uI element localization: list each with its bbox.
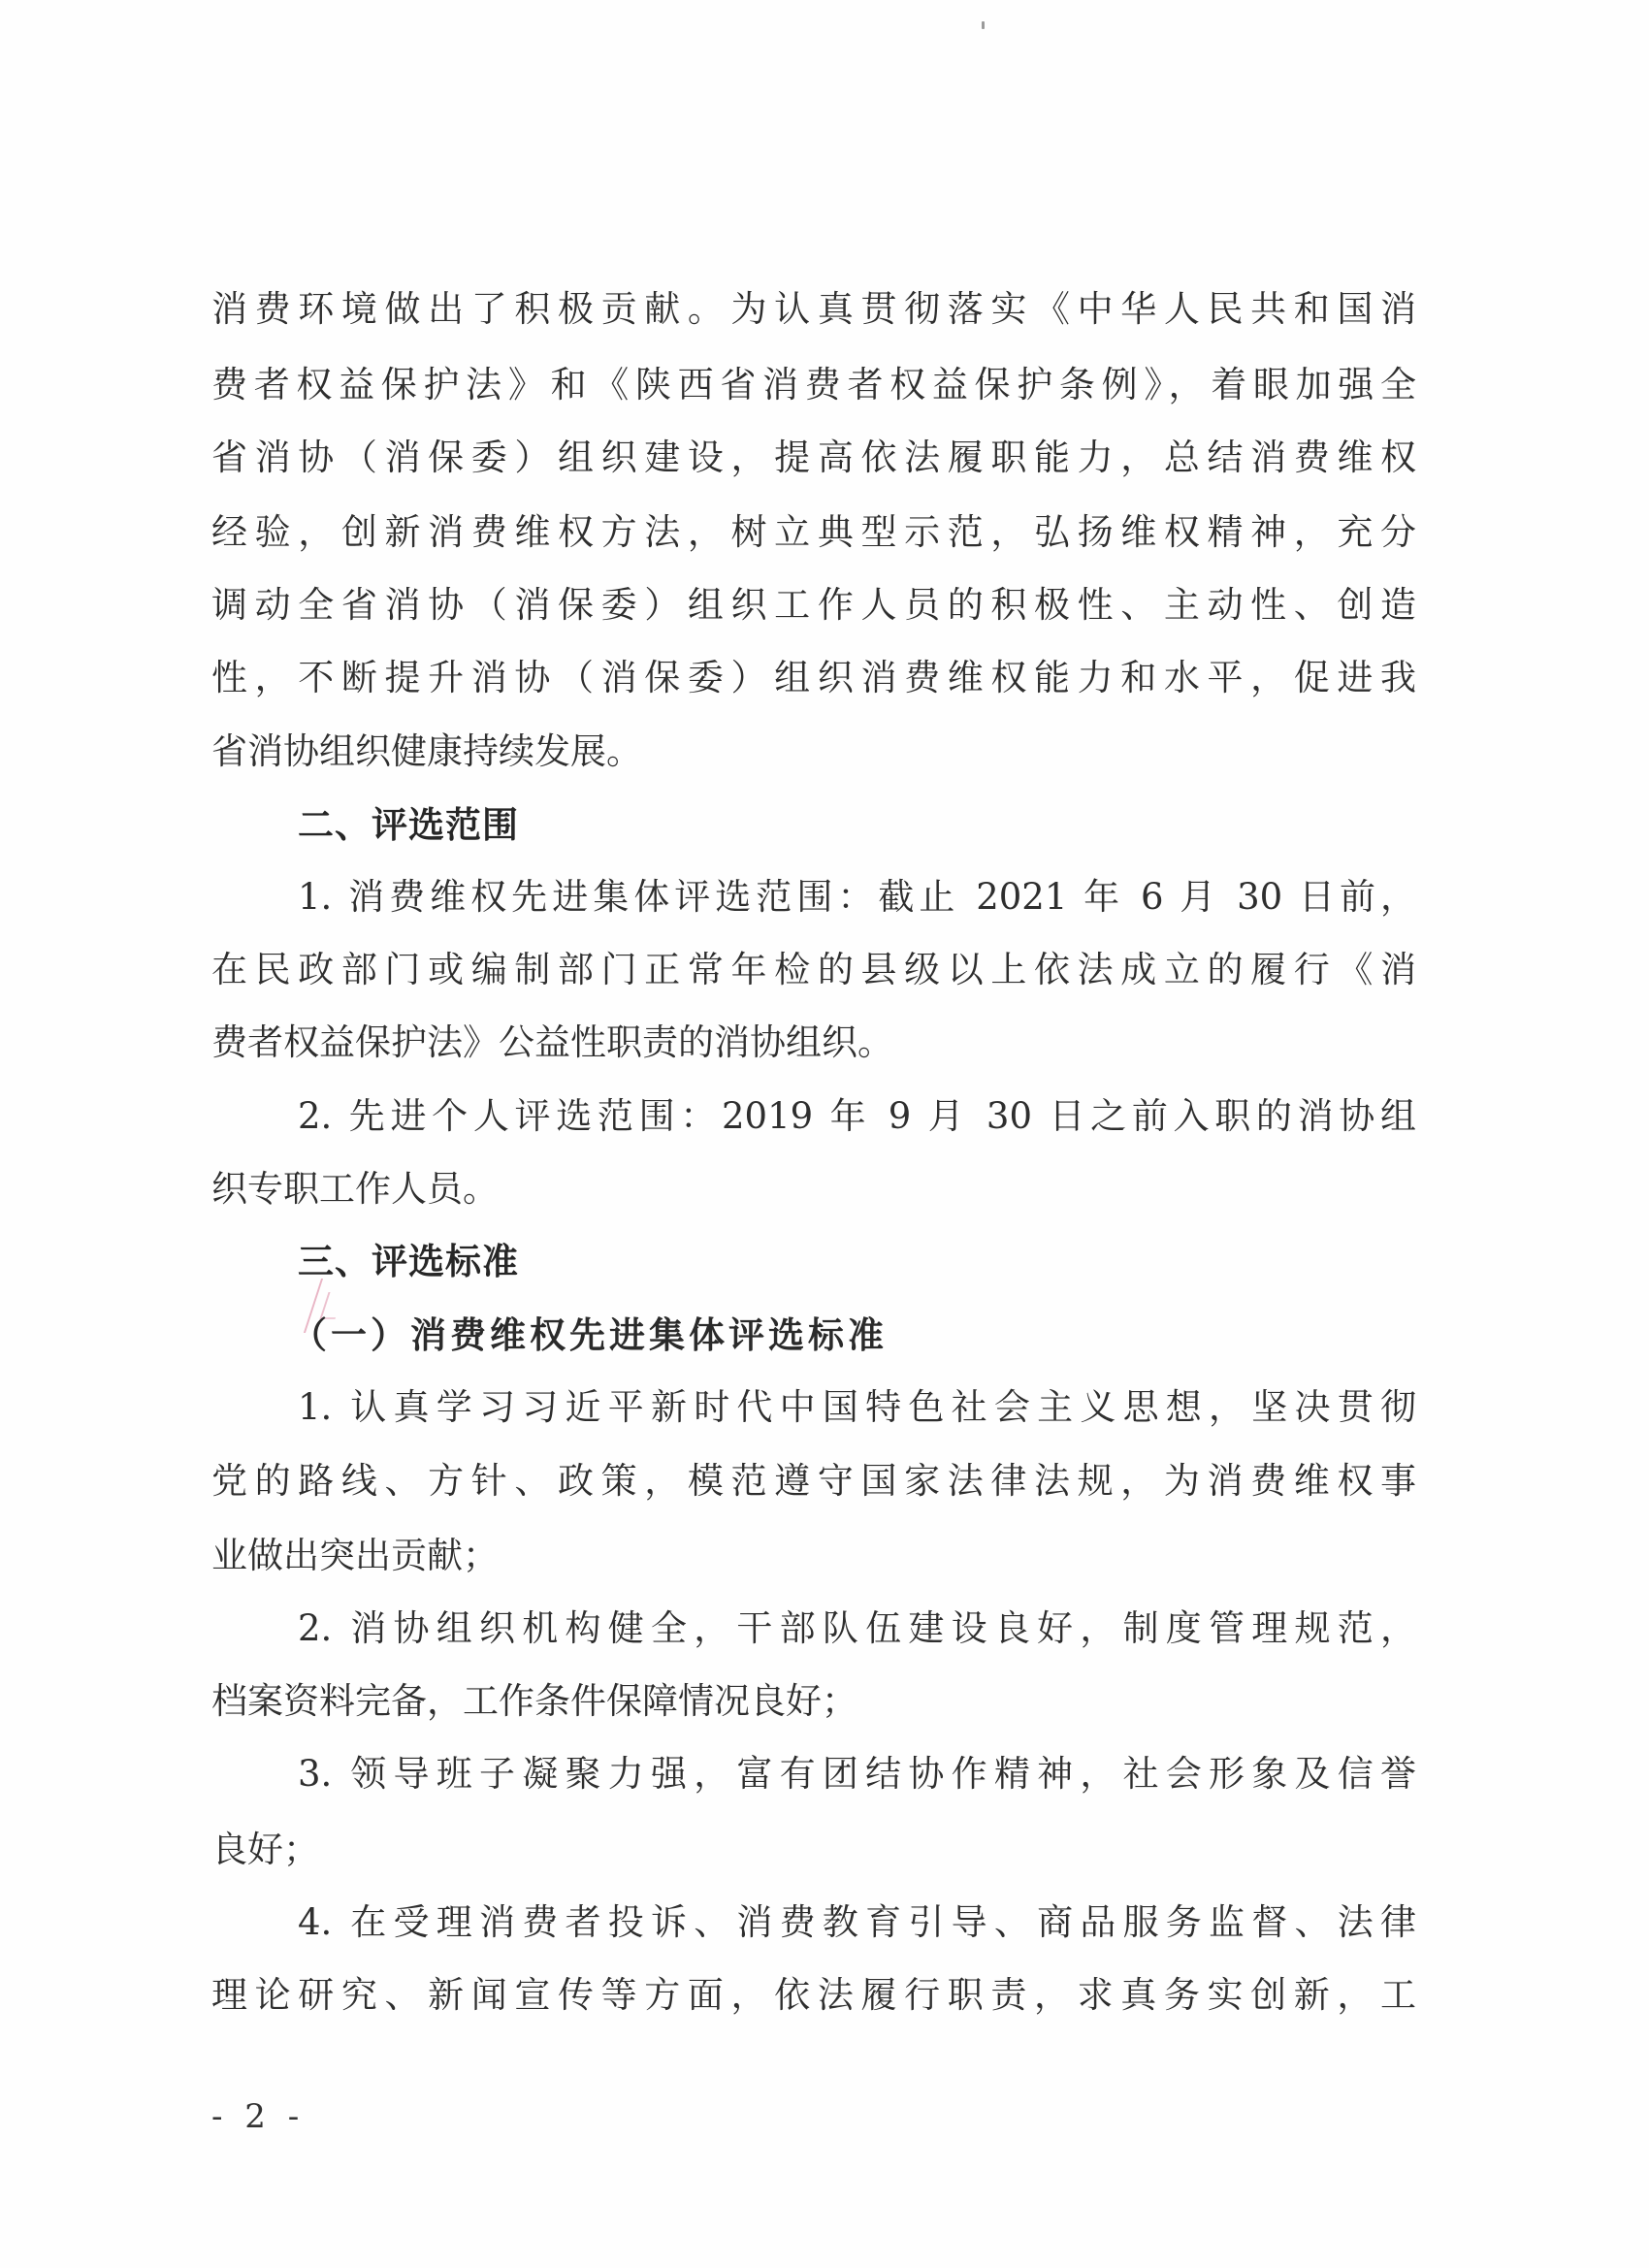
body-line: 消费环境做出了积极贡献。为认真贯彻落实《中华人民共和国消 — [211, 280, 1416, 339]
subsection-heading-collective: （一）消费维权先进集体评选标准 — [291, 1306, 1416, 1364]
body-line: 2. 消协组织机构健全，干部队伍建设良好，制度管理规范， — [298, 1600, 1416, 1658]
body-line: 在民政部门或编制部门正常年检的县级以上依法成立的履行《消 — [211, 941, 1416, 999]
body-line: 省消协组织健康持续发展。 — [211, 723, 1416, 781]
page-number: - 2 - — [211, 2088, 305, 2146]
body-line: 4. 在受理消费者投诉、消费教育引导、商品服务监督、法律 — [298, 1894, 1416, 1952]
body-line: 织专职工作人员。 — [211, 1160, 1416, 1218]
body-line: 档案资料完备，工作条件保障情况良好； — [211, 1672, 1416, 1731]
document-page: 消费环境做出了积极贡献。为认真贯彻落实《中华人民共和国消 费者权益保护法》和《陕… — [0, 0, 1649, 2268]
body-line: 业做出突出贡献； — [211, 1527, 1416, 1585]
body-line: 党的路线、方针、政策，模范遵守国家法律法规，为消费维权事 — [211, 1452, 1416, 1510]
body-line: 良好； — [211, 1821, 1416, 1879]
scan-speck — [982, 21, 985, 29]
body-line: 费者权益保护法》公益性职责的消协组织。 — [211, 1014, 1416, 1072]
body-line: 性，不断提升消协（消保委）组织消费维权能力和水平，促进我 — [211, 649, 1416, 707]
body-line: 省消协（消保委）组织建设，提高依法履职能力，总结消费维权 — [211, 429, 1416, 487]
body-line: 经验，创新消费维权方法，树立典型示范，弘扬维权精神，充分 — [211, 503, 1416, 562]
body-line: 调动全省消协（消保委）组织工作人员的积极性、主动性、创造 — [211, 576, 1416, 634]
body-line: 2. 先进个人评选范围：2019 年 9 月 30 日之前入职的消协组 — [298, 1087, 1416, 1146]
body-line: 理论研究、新闻宣传等方面，依法履行职责，求真务实创新，工 — [211, 1966, 1416, 2025]
body-line: 费者权益保护法》和《陕西省消费者权益保护条例》，着眼加强全 — [211, 356, 1416, 414]
section-heading-scope: 二、评选范围 — [298, 796, 1416, 855]
body-line: 1. 认真学习习近平新时代中国特色社会主义思想，坚决贯彻 — [298, 1378, 1416, 1437]
body-line: 3. 领导班子凝聚力强，富有团结协作精神，社会形象及信誉 — [298, 1745, 1416, 1803]
body-line: 1. 消费维权先进集体评选范围：截止 2021 年 6 月 30 日前， — [298, 868, 1416, 926]
section-heading-criteria: 三、评选标准 — [298, 1233, 1416, 1291]
